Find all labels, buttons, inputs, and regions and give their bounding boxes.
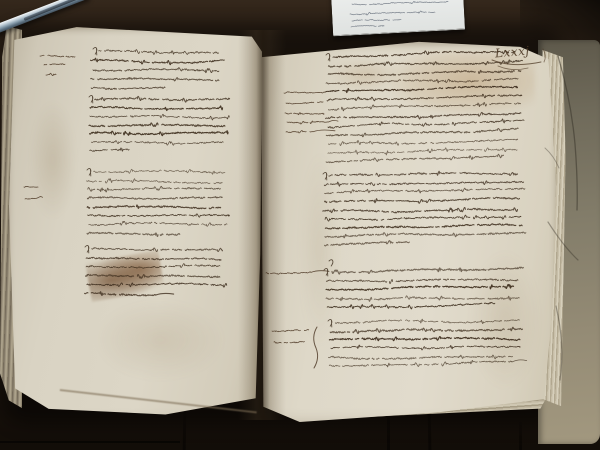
table-plank-seam bbox=[519, 422, 522, 450]
left-page bbox=[8, 24, 262, 420]
gutter-shadow bbox=[238, 30, 286, 420]
photo-scene: Lxxxj bbox=[0, 0, 600, 450]
right-page bbox=[258, 40, 556, 422]
table-plank-seam bbox=[0, 441, 180, 443]
folio-number: Lxxxj bbox=[494, 44, 530, 61]
